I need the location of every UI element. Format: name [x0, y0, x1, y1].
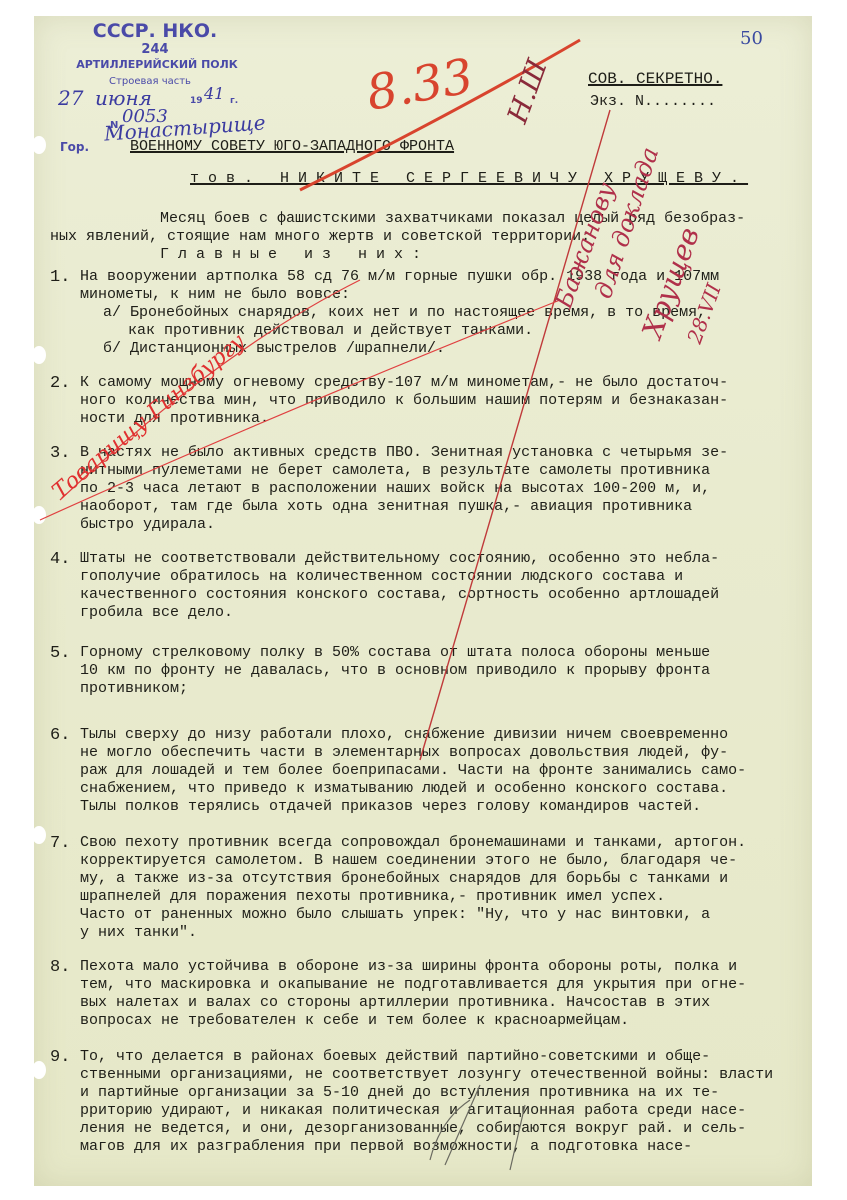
intro-line: Месяц боев с фашистскими захватчиками по…	[160, 210, 745, 227]
recipient: тов. НИКИТЕ СЕРГЕЕВИЧУ ХРУЩЕВУ.	[190, 170, 748, 187]
stamp-regiment-number: 244	[80, 42, 230, 57]
item-line: не могло обеспечить части в элементарных…	[80, 744, 728, 761]
stamp-date-year: 41	[204, 84, 224, 103]
item-line: снабжением, что приведо к изматыванию лю…	[80, 780, 728, 797]
item-line: Штаты не соответствовали действительному…	[80, 550, 719, 567]
item-number: 8.	[50, 958, 70, 977]
item-line: по 2-3 часа летают в расположении наших …	[80, 480, 710, 497]
punch-hole	[32, 506, 46, 524]
item-line: рриторию удирают, и никакая политическая…	[80, 1102, 746, 1119]
item-number: 5.	[50, 644, 70, 663]
addressee: ВОЕННОМУ СОВЕТУ ЮГО-ЗАПАДНОГО ФРОНТА	[130, 138, 454, 155]
secrecy-classification: СОВ. СЕКРЕТНО.	[588, 70, 722, 88]
stamp-year-prefix: 19	[190, 96, 203, 106]
punch-hole	[32, 346, 46, 364]
item-line: То, что делается в районах боевых действ…	[80, 1048, 710, 1065]
item-line: му, а также из-за отсутствия бронебойных…	[80, 870, 728, 887]
item-line: ности для противника.	[80, 410, 269, 427]
item-line: На вооружении артполка 58 сд 76 м/м горн…	[80, 268, 719, 285]
punch-hole	[32, 1061, 46, 1079]
subitem-line: как противник действовал и действует тан…	[128, 322, 533, 339]
item-line: Пехота мало устойчива в обороне из-за ши…	[80, 958, 737, 975]
stamp-ussr-nko: СССР. НКО.	[80, 20, 230, 42]
subheading: Главные из них:	[160, 246, 430, 263]
stamp-year-suffix: г.	[230, 96, 238, 106]
item-line: нитными пулеметами не берет самолета, в …	[80, 462, 710, 479]
stamp-regiment-name: АРТИЛЛЕРИЙСКИЙ ПОЛК	[52, 58, 262, 71]
item-line: Горному стрелковому полку в 50% состава …	[80, 644, 710, 661]
item-line: К самому мощному огневому средству-107 м…	[80, 374, 728, 391]
punch-hole	[32, 136, 46, 154]
item-number: 6.	[50, 726, 70, 745]
item-line: быстро удирала.	[80, 516, 215, 533]
item-line: В частях не было активных средств ПВО. З…	[80, 444, 728, 461]
punch-hole	[32, 826, 46, 844]
item-number: 7.	[50, 834, 70, 853]
item-line: магов для их разграбления при первой воз…	[80, 1138, 692, 1155]
item-line: 10 км по фронту не давалась, что в основ…	[80, 662, 710, 679]
item-line: шрапнелей для поражения пехоты противник…	[80, 888, 665, 905]
item-line: качественного состояния конского состава…	[80, 586, 719, 603]
item-line: Тылы полков терялись отдачей приказов че…	[80, 798, 701, 815]
item-line: минометы, к ним не было вовсе:	[80, 286, 350, 303]
item-line: раж для лошадей и тем более боеприпасами…	[80, 762, 746, 779]
item-line: Тылы сверху до низу работали плохо, снаб…	[80, 726, 728, 743]
item-line: ления не ведется, и они, дезорганизованн…	[80, 1120, 746, 1137]
item-line: и партийные организации за 5-10 дней до …	[80, 1084, 719, 1101]
subitem-line: б/ Дистанционных выстрелов /шрапнели/.	[103, 340, 445, 357]
intro-line: ных явлений, стоящие нам много жертв и с…	[50, 228, 590, 245]
item-line: гополучие обратилось на количественном с…	[80, 568, 683, 585]
stamp-date-day: 27	[58, 86, 83, 110]
item-line: Часто от раненных можно было слышать упр…	[80, 906, 710, 923]
item-line: противником;	[80, 680, 188, 697]
item-line: у них танки".	[80, 924, 197, 941]
item-line: Свою пехоту противник всегда сопровождал…	[80, 834, 746, 851]
copy-number: Экз. N........	[590, 93, 716, 110]
item-number: 9.	[50, 1048, 70, 1067]
item-number: 1.	[50, 268, 70, 287]
item-line: гробила все дело.	[80, 604, 233, 621]
item-line: тем, что маскировка и окапывание не подг…	[80, 976, 746, 993]
item-number: 4.	[50, 550, 70, 569]
item-line: ственными организациями, не соответствуе…	[80, 1066, 773, 1083]
item-line: корректируется самолетом. В нашем соедин…	[80, 852, 737, 869]
stamp-city-prefix: Гор.	[60, 140, 89, 154]
item-line: вых налетах и валах со стороны артиллери…	[80, 994, 710, 1011]
item-line: вопросах не требователен к себе и тем бо…	[80, 1012, 629, 1029]
subitem-line: а/ Бронебойных снарядов, коих нет и по н…	[103, 304, 706, 321]
item-number: 3.	[50, 444, 70, 463]
item-number: 2.	[50, 374, 70, 393]
item-line: ного количества мин, что приводило к бол…	[80, 392, 728, 409]
page-number: 50	[740, 28, 763, 49]
item-line: наоборот, там где была хоть одна зенитна…	[80, 498, 692, 515]
